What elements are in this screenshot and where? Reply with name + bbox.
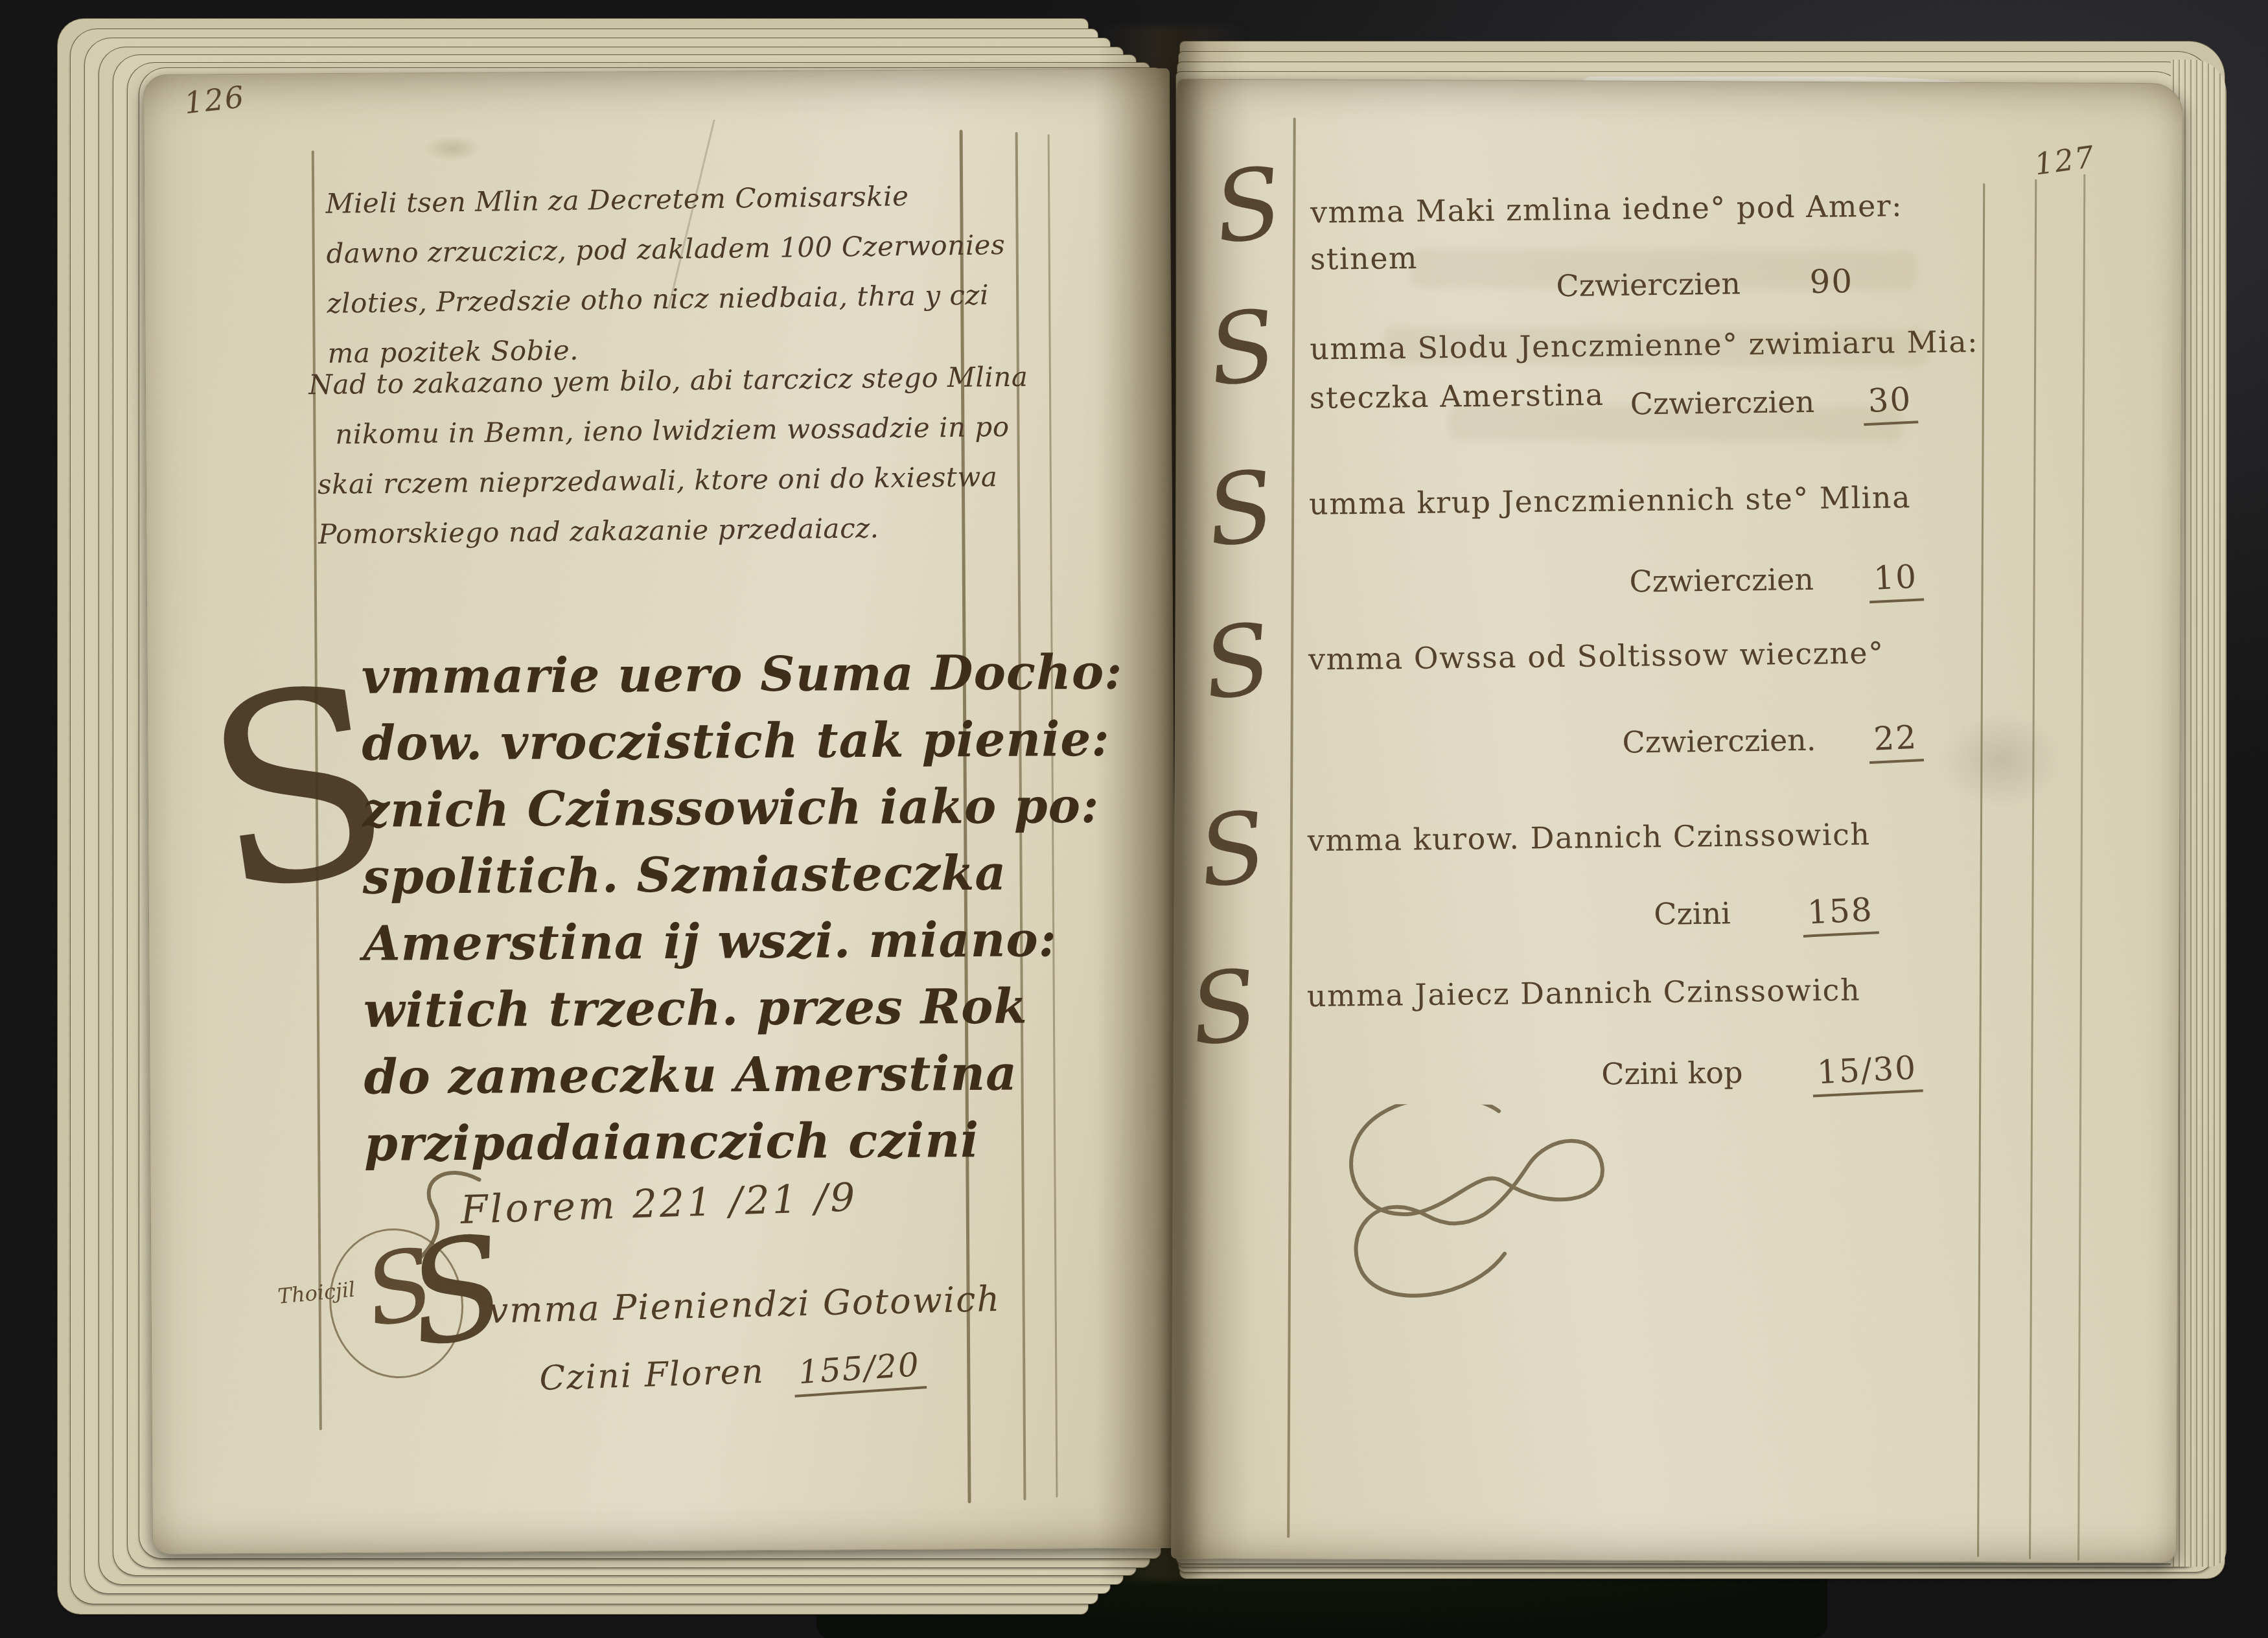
entry-value: 15/30	[1811, 1048, 1923, 1097]
summary-line: znich Czinssowich iako po:	[362, 773, 1124, 844]
entry-value-label: Czwierczien	[1556, 266, 1741, 303]
summary-line: Amerstina ij wszi. miano:	[363, 906, 1124, 978]
right-page: 127 S vmma Maki zmlina iedne° pod Amer: …	[1171, 79, 2183, 1563]
entry-value-label: Czini kop	[1601, 1055, 1743, 1092]
entry-value-label: Czwierczien	[1629, 562, 1814, 599]
entry-line: umma Jaiecz Dannich Czinssowich	[1307, 973, 1861, 1014]
end-flourish	[1335, 1104, 1608, 1306]
entry-line: vmma kurow. Dannich Czinssowich	[1308, 816, 1871, 858]
summary-block: vmmarie uero Suma Docho: dow. vroczistic…	[361, 640, 1126, 1178]
entry-value-row: Czwierczien 90	[1556, 262, 1853, 304]
summa-entry: S umma Slodu Jenczmienne° zwimiaru Mia: …	[1176, 326, 2181, 486]
entry-value: 158	[1801, 890, 1880, 938]
entry-line: umma Slodu Jenczmienne° zwimiaru Mia:	[1310, 324, 1979, 367]
summa-entry: S umma krup Jenczmiennich ste° Mlina Czw…	[1175, 481, 2181, 641]
florem-total-line: Florem 221 /21 /9	[460, 1175, 859, 1233]
summa-entry: S umma Jaiecz Dannich Czinssowich Czini …	[1174, 974, 2179, 1134]
entry-value: 22	[1868, 718, 1924, 764]
summary-line: do zameczku Amerstina	[364, 1040, 1125, 1111]
summary-line: spolitich. Szmiasteczka	[362, 840, 1124, 911]
summary-line: vmmarie uero Suma Docho:	[361, 640, 1122, 711]
entry-value-label: Czwierczien.	[1622, 722, 1816, 760]
entry-initial-s: S	[1202, 457, 1280, 562]
entry-value-row: Czini kop 15/30	[1601, 1050, 1923, 1098]
entry-value-row: Czwierczien 10	[1629, 559, 1923, 606]
left-page: 126 Mieli tsen Mlin za Decretem Comisars…	[143, 68, 1179, 1554]
cash-sum-value-line: Czini Floren 155/20	[538, 1347, 926, 1403]
entry-line: umma krup Jenczmiennich ste° Mlina	[1309, 479, 1911, 522]
entry-value: 10	[1868, 557, 1924, 603]
manuscript-photo-scene: 126 Mieli tsen Mlin za Decretem Comisars…	[0, 0, 2268, 1638]
entry-value-label: Czwierczien	[1630, 384, 1814, 422]
summa-entry: S vmma Maki zmlina iedne° pod Amer: stin…	[1177, 190, 2182, 350]
paragraph-1: Mieli tsen Mlin za Decretem Comisarskie …	[325, 170, 1007, 378]
paper-stain	[423, 135, 481, 162]
entry-line: steczka Amerstina	[1310, 377, 1604, 415]
paragraph-line: zloties, Przedszie otho nicz niedbaia, t…	[327, 270, 1006, 329]
paragraph-line: Pomorskiego nad zakazanie przedaiacz.	[310, 502, 1030, 560]
czini-value: 155/20	[792, 1345, 927, 1398]
summary-line: witich trzech. przes Rok	[364, 973, 1125, 1044]
entry-line: vmma Maki zmlina iedne° pod Amer:	[1310, 188, 1903, 229]
entry-line: stinem	[1310, 240, 1418, 277]
summary-line: dow. vroczistich tak pienie:	[362, 706, 1123, 778]
entry-initial-s: S	[1210, 154, 1288, 259]
czini-prefix: Czini Floren	[538, 1352, 765, 1398]
summa-entry: S vmma Owssa od Soltissow wieczne° Czwie…	[1175, 637, 2180, 797]
entry-initial-s: S	[1185, 956, 1263, 1060]
paragraph-line: skai rczem nieprzedawali, ktore oni do k…	[310, 452, 1030, 510]
entry-value-row: Czwierczien. 22	[1622, 719, 1923, 767]
entry-value: 90	[1809, 262, 1853, 301]
paragraph-line: Nad to zakazano yem bilo, abi tarczicz s…	[308, 352, 1028, 410]
paragraph-line: dawno zrzuczicz, pod zakladem 100 Czerwo…	[326, 220, 1006, 279]
entry-value-label: Czini	[1654, 895, 1731, 932]
entry-value-row: Czini 158	[1654, 892, 1879, 938]
summary-line: przipadaianczich czini	[364, 1107, 1126, 1178]
entry-initial-s: S	[1204, 297, 1282, 401]
entry-initial-s: S	[1194, 798, 1271, 902]
entry-value: 30	[1862, 380, 1918, 426]
paragraph-line: nikomu in Bemn, ieno lwidziem wossadzie …	[309, 402, 1029, 460]
summa-entry: S vmma kurow. Dannich Czinssowich Czini …	[1174, 818, 2179, 978]
cash-sum-line: vmma Pieniendzi Gotowich	[488, 1278, 1001, 1332]
entry-initial-s: S	[1199, 610, 1277, 715]
page-number-left: 126	[183, 79, 247, 121]
paragraph-2: Nad to zakazano yem bilo, abi tarczicz s…	[308, 352, 1030, 560]
entry-line: vmma Owssa od Soltissow wieczne°	[1308, 635, 1884, 676]
page-number-right: 127	[2032, 139, 2097, 182]
entry-value-row: Czwierczien 30	[1630, 381, 1917, 428]
paragraph-line: Mieli tsen Mlin za Decretem Comisarskie	[325, 170, 1005, 229]
